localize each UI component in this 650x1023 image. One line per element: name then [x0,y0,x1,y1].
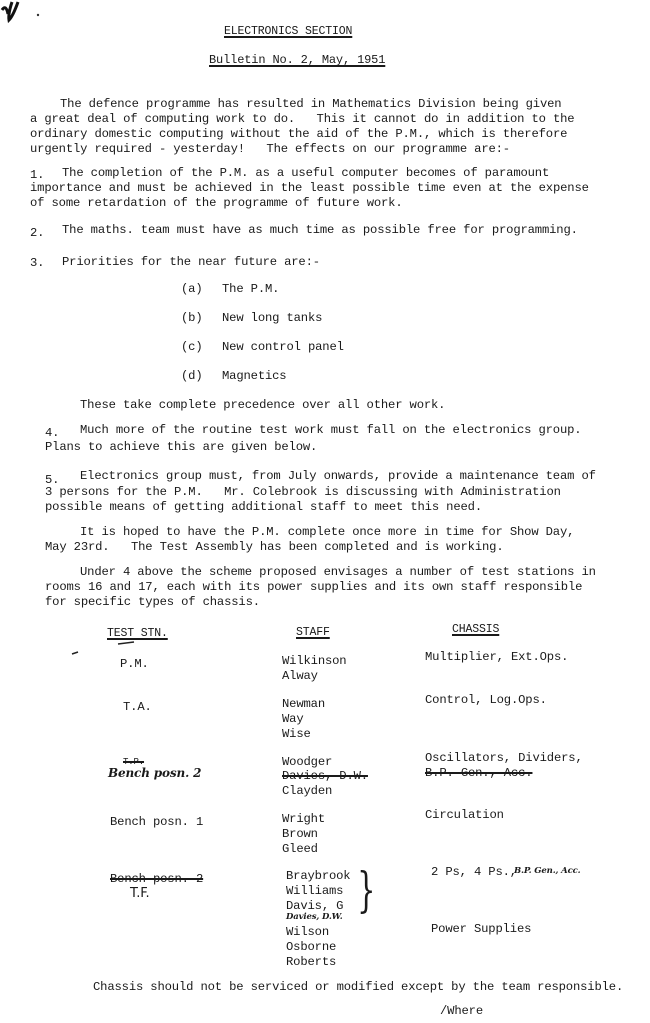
row-staff: Woodger [282,755,332,770]
row-staff: Newman [282,697,325,712]
pen-stroke-icon [70,640,140,656]
row-chassis: Circulation [425,808,504,823]
closing-note: Chassis should not be serviced or modifi… [93,980,623,995]
row-staff: Wilson [286,925,329,940]
priority-text: New long tanks [222,311,322,326]
row-station: P.M. [120,657,149,672]
row-staff-struck: Davies, D.W. [282,769,368,784]
row-staff: Williams [286,884,343,899]
header-staff: STAFF [296,625,330,640]
row-staff: Alway [282,669,318,684]
row-staff: Roberts [286,955,336,970]
point-4-number: 4. [45,426,59,441]
row-staff: Way [282,712,304,727]
point-3-number: 3. [30,256,44,271]
bulletin-title: Bulletin No. 2, May, 1951 [209,53,385,68]
row-staff: Clayden [282,784,332,799]
point-3-line: Priorities for the near future are:- [62,255,320,270]
precedence-note: These take complete precedence over all … [80,398,445,413]
point-4-line: Plans to achieve this are given below. [45,440,317,455]
priority-label: (b) [181,311,203,326]
header-test-stn: TEST STN. [107,626,168,641]
priority-text: New control panel [222,340,344,355]
continuation-word: /Where [440,1004,483,1019]
row-chassis-handwritten: B.P. Gen., Acc. [514,864,580,879]
point-1-line: The completion of the P.M. as a useful c… [62,166,549,181]
point-5-line: possible means of getting additional sta… [45,500,482,515]
point-2-line: The maths. team must have as much time a… [62,223,578,238]
priority-text: The P.M. [222,282,279,297]
intro-line: The defence programme has resulted in Ma… [60,97,561,112]
priority-label: (c) [181,340,203,355]
row-station-handwritten: T.F. [130,886,149,901]
row-staff-handwritten: Davies, D.W. [286,910,343,925]
row-chassis: Control, Log.Ops. [425,693,547,708]
priority-label: (a) [181,282,203,297]
row-chassis-struck: B.P. Gen., Acc. [425,766,532,781]
point-5-line: Electronics group must, from July onward… [80,469,596,484]
row-staff: Wright [282,812,325,827]
row-station: T.A. [123,700,152,715]
brace-icon: } [357,866,375,914]
point-4-line: Much more of the routine test work must … [80,423,581,438]
point-1-line: of some retardation of the programme of … [30,196,403,211]
row-station-struck: Bench posn. 2 [110,872,203,887]
hope-line: It is hoped to have the P.M. complete on… [80,525,574,540]
row-staff: Braybrook [286,869,350,884]
row-chassis: Oscillators, Dividers, [425,751,583,766]
intro-line: urgently required - yesterday! The effec… [30,142,510,157]
point-5-line: 3 persons for the P.M. Mr. Colebrook is … [45,485,561,500]
row-staff: Gleed [282,842,318,857]
hope-line: May 23rd. The Test Assembly has been com… [45,540,503,555]
section-title: ELECTRONICS SECTION [224,24,352,39]
scheme-line: rooms 16 and 17, each with its power sup… [45,580,582,595]
row-staff: Brown [282,827,318,842]
row-station-handwritten: Bench posn. 2 [108,766,201,781]
handwritten-mark-icon [0,0,40,25]
priority-label: (d) [181,369,203,384]
scheme-line: for specific types of chassis. [45,595,260,610]
row-station: Bench posn. 1 [110,815,203,830]
point-1-line: importance and must be achieved in the l… [30,181,589,196]
priority-text: Magnetics [222,369,286,384]
row-staff: Osborne [286,940,336,955]
row-staff: Wise [282,727,311,742]
row-chassis: Power Supplies [431,922,531,937]
row-chassis: 2 Ps, 4 Ps., [431,865,517,880]
scheme-line: Under 4 above the scheme proposed envisa… [80,565,596,580]
header-chassis: CHASSIS [452,622,499,637]
row-chassis: Multiplier, Ext.Ops. [425,650,568,665]
intro-line: ordinary domestic computing without the … [30,127,567,142]
point-2-number: 2. [30,226,44,241]
intro-line: a great deal of computing work to do. Th… [30,112,574,127]
row-staff: Wilkinson [282,654,346,669]
